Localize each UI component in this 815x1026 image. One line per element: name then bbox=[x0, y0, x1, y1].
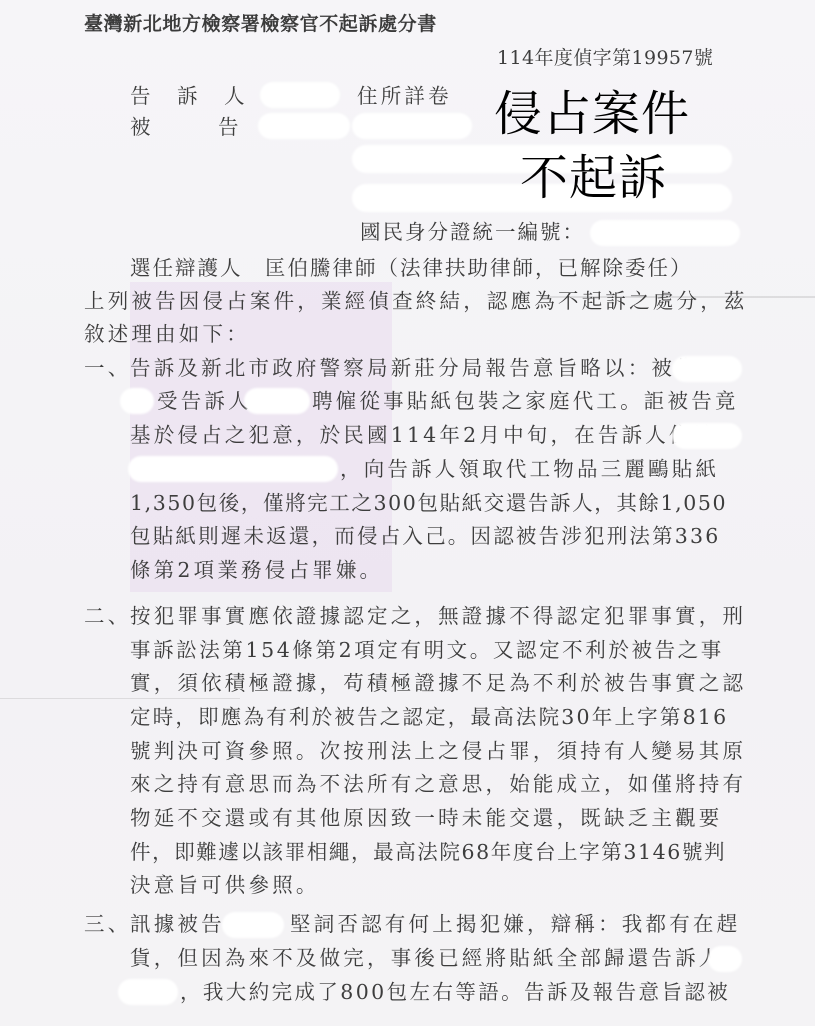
redaction-address bbox=[128, 456, 338, 482]
document-title: 臺灣新北地方檢察署檢察官不起訴處分書 bbox=[84, 10, 437, 38]
redaction-defendant-name bbox=[120, 388, 154, 414]
section-line: 1,350包後，僅將完工之300包貼紙交還告訴人，其餘1,050 bbox=[130, 489, 727, 517]
complainant-label: 告 訴 人 bbox=[130, 82, 255, 110]
defendant-label: 被 bbox=[130, 113, 154, 141]
section-line: 受告訴人 bbox=[157, 387, 252, 415]
section-number: 三、 bbox=[84, 910, 131, 938]
section-line: 實，須依積極證據，苟積極證據不足為不利於被告事實之認 bbox=[130, 669, 746, 697]
overlay-label-verdict: 不起訴 bbox=[520, 150, 667, 206]
complainant-address: 住所詳卷 bbox=[357, 82, 452, 110]
case-number: 114年度偵字第19957號 bbox=[497, 44, 713, 72]
redaction-address bbox=[672, 423, 742, 449]
section-line: 件，即難遽以該罪相繩，最高法院68年度台上字第3146號判 bbox=[130, 838, 726, 866]
redaction-defendant-name bbox=[222, 912, 284, 938]
paper-fold-line bbox=[0, 698, 240, 699]
section-line: 號判決可資參照。次按刑法上之侵占罪，須持有人變易其原 bbox=[130, 737, 746, 765]
intro-line: 敘述理由如下： bbox=[84, 320, 250, 348]
redaction-id-number bbox=[590, 220, 740, 246]
section-number: 一、 bbox=[84, 354, 131, 382]
section-line: 決意旨可供參照。 bbox=[130, 871, 320, 899]
section-line: 包貼紙則遲未返還，而侵占入己。因認被告涉犯刑法第336 bbox=[130, 522, 721, 550]
section-line: 事訴訟法第154條第2項定有明文。又認定不利於被告之事 bbox=[130, 636, 724, 664]
redaction-defendant-name bbox=[672, 356, 742, 382]
section-line: ，我大約完成了800包左右等語。告訴及報告意旨認被 bbox=[180, 978, 730, 1006]
redaction-defendant-address bbox=[352, 113, 472, 139]
section-line: 定時，即應為有利於被告之認定，最高法院30年上字第816 bbox=[130, 703, 728, 731]
section-line: 基於侵占之犯意，於民國114年2月中旬，在告訴人位於 bbox=[130, 421, 716, 449]
redaction-complainant-name bbox=[118, 979, 178, 1005]
section-line: ，向告訴人領取代工物品三麗鷗貼紙 bbox=[340, 455, 719, 483]
section-line: 貨，但因為來不及做完，事後已經將貼紙全部歸還告訴人 bbox=[130, 944, 723, 972]
section-line: 按犯罪事實應依證據認定之，無證據不得認定犯罪事實，刑 bbox=[130, 602, 746, 630]
intro-line: 上列被告因侵占案件，業經偵查終結，認應為不起訴之處分，茲 bbox=[84, 287, 748, 315]
id-number-label: 國民身分證統一編號： bbox=[360, 218, 585, 246]
section-line: 條第2項業務侵占罪嫌。 bbox=[130, 556, 383, 584]
section-line: 訊據被告 bbox=[130, 910, 225, 938]
section-line: 告訴及新北市政府警察局新莊分局報告意旨略以：被告 bbox=[130, 354, 699, 382]
section-line: 聘僱從事貼紙包裝之家庭代工。詎被告竟 bbox=[312, 387, 739, 415]
section-line: 堅詞否認有何上揭犯嫌，辯稱：我都有在趕 bbox=[290, 910, 740, 938]
defendant-label-suffix: 告 bbox=[218, 113, 242, 141]
defense-counsel: 選任辯護人 匡伯騰律師（法律扶助律師，已解除委任） bbox=[130, 254, 693, 282]
section-number: 二、 bbox=[84, 602, 131, 630]
redaction-complainant-name bbox=[708, 946, 742, 972]
section-line: 來之持有意思而為不法所有之意思，始能成立，如僅將持有 bbox=[130, 770, 746, 798]
redaction-complainant-name bbox=[244, 388, 310, 414]
scanned-document-page: 臺灣新北地方檢察署檢察官不起訴處分書 114年度偵字第19957號 告 訴 人 … bbox=[0, 0, 815, 1026]
overlay-label-case-type: 侵占案件 bbox=[494, 86, 690, 142]
section-line: 物延不交還或有其他原因致一時未能交還，既缺乏主觀要 bbox=[130, 804, 723, 832]
redaction-defendant-name bbox=[258, 113, 350, 139]
redaction-complainant-name bbox=[260, 82, 340, 108]
